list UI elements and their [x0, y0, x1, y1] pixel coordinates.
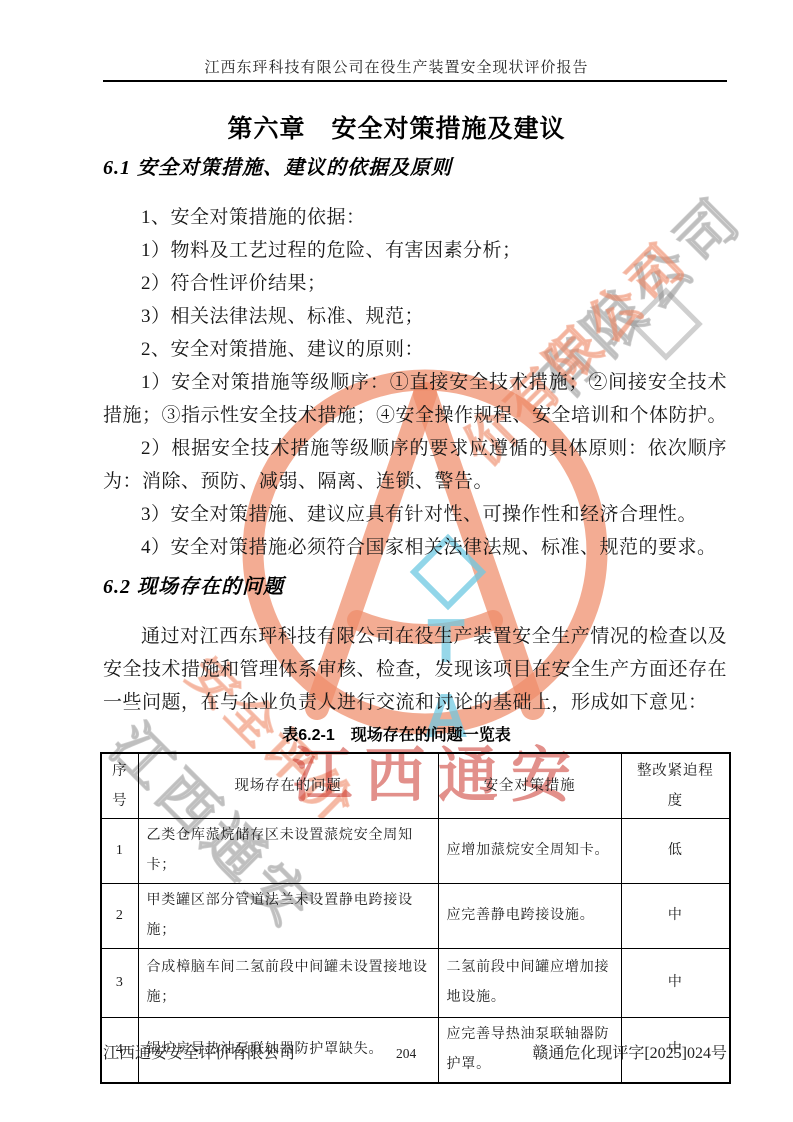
list-item: 1）物料及工艺过程的危险、有害因素分析；	[103, 234, 727, 267]
problems-table: 序号 现场存在的问题 安全对策措施 整改紧迫程度 1 乙类仓库蒎烷储存区未设置蒎…	[100, 752, 731, 1084]
chapter-title: 第六章 安全对策措施及建议	[0, 109, 793, 145]
col-header-no: 序号	[101, 753, 138, 819]
cell-problem: 乙类仓库蒎烷储存区未设置蒎烷安全周知卡；	[138, 819, 438, 884]
list-item: 2）根据安全技术措施等级顺序的要求应遵循的具体原则：依次顺序为：消除、预防、减弱…	[103, 432, 727, 498]
section-6-1-heading: 6.1 安全对策措施、建议的依据及原则	[103, 151, 452, 180]
table-row: 1 乙类仓库蒎烷储存区未设置蒎烷安全周知卡； 应增加蒎烷安全周知卡。 低	[101, 819, 730, 884]
cell-urgency: 中	[621, 884, 730, 949]
report-header-title: 江西东玶科技有限公司在役生产装置安全现状评价报告	[0, 56, 793, 77]
cell-problem: 合成樟脑车间二氢前段中间罐未设置接地设施；	[138, 949, 438, 1018]
list-item: 2）符合性评价结果；	[103, 267, 727, 300]
section-6-2-heading: 6.2 现场存在的问题	[103, 570, 284, 599]
list-item: 2、安全对策措施、建议的原则：	[103, 333, 727, 366]
header-rule	[103, 80, 727, 82]
list-item: 3）安全对策措施、建议应具有针对性、可操作性和经济合理性。	[103, 498, 727, 531]
paragraph-text: 通过对江西东玶科技有限公司在役生产装置安全生产情况的检查以及安全技术措施和管理体…	[103, 620, 727, 719]
cell-urgency: 低	[621, 819, 730, 884]
col-header-measure: 安全对策措施	[438, 753, 621, 819]
section-6-1-body: 1、安全对策措施的依据： 1）物料及工艺过程的危险、有害因素分析； 2）符合性评…	[103, 201, 727, 564]
footer-company: 江西通安安全评价有限公司	[103, 1040, 295, 1063]
table-caption: 表6.2-1 现场存在的问题一览表	[0, 722, 793, 745]
table-header-row: 序号 现场存在的问题 安全对策措施 整改紧迫程度	[101, 753, 730, 819]
page-number: 204	[396, 1046, 416, 1062]
col-header-problem: 现场存在的问题	[138, 753, 438, 819]
cell-measure: 应增加蒎烷安全周知卡。	[438, 819, 621, 884]
table-row: 2 甲类罐区部分管道法兰未设置静电跨接设施； 应完善静电跨接设施。 中	[101, 884, 730, 949]
list-item: 1）安全对策措施等级顺序：①直接安全技术措施；②间接安全技术措施；③指示性安全技…	[103, 366, 727, 432]
table-row: 3 合成樟脑车间二氢前段中间罐未设置接地设施； 二氢前段中间罐应增加接地设施。 …	[101, 949, 730, 1018]
cell-no: 3	[101, 949, 138, 1018]
footer-doc-number: 赣通危化现评字[2025]024号	[532, 1040, 727, 1063]
report-page: T A 有限公司 价有限公司 江西通安 安全评价 江西通安 江西东玶科技有限公司…	[0, 0, 793, 1122]
cell-measure: 二氢前段中间罐应增加接地设施。	[438, 949, 621, 1018]
cell-no: 1	[101, 819, 138, 884]
list-item: 3）相关法律法规、标准、规范；	[103, 300, 727, 333]
cell-no: 2	[101, 884, 138, 949]
cell-urgency: 中	[621, 949, 730, 1018]
list-item: 1、安全对策措施的依据：	[103, 201, 727, 234]
content-layer: 江西东玶科技有限公司在役生产装置安全现状评价报告 第六章 安全对策措施及建议 6…	[0, 0, 793, 1122]
col-header-urgency: 整改紧迫程度	[621, 753, 730, 819]
list-item: 4）安全对策措施必须符合国家相关法律法规、标准、规范的要求。	[103, 531, 727, 564]
section-6-2-paragraph: 通过对江西东玶科技有限公司在役生产装置安全生产情况的检查以及安全技术措施和管理体…	[103, 620, 727, 719]
cell-measure: 应完善静电跨接设施。	[438, 884, 621, 949]
cell-problem: 甲类罐区部分管道法兰未设置静电跨接设施；	[138, 884, 438, 949]
